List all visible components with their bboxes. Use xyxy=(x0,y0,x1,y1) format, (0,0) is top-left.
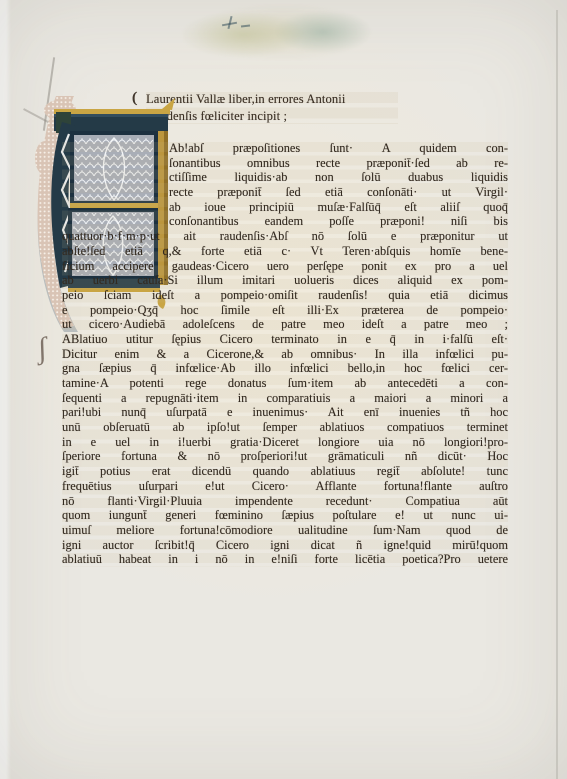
initial-spacer xyxy=(62,141,169,229)
text-line: igni auctor ſcribit!q̄ Cicero igni dicat… xyxy=(62,538,508,553)
text-line: ab uerbi cauſa·Si illum imitari uolueris… xyxy=(62,273,508,288)
text-line: pari!ubi nunq̄ uſurpatā e inuenimus· Ait… xyxy=(62,405,508,420)
text-line: uimuſ meliore fortuna!cōmodiore ualitudi… xyxy=(62,523,508,538)
text-line: tamine·A potenti rege donatus ſum·item a… xyxy=(62,376,508,391)
text-line: igit̄ potius erat dicendū quando ablatiu… xyxy=(62,464,508,479)
text-line: quom iungunt̄ generi fœminino ſæpius poſ… xyxy=(62,508,508,523)
text-line: ABlatiuo utitur ſępius Cicero terminato … xyxy=(62,332,508,347)
text-line: nō flanti·Virgil·Pluuia impendente reced… xyxy=(62,494,508,509)
parchment-page: (( Laurentii Vallæ liber,in errores Anto… xyxy=(0,0,567,779)
text-line: quattuor·b·f·m·p·ut ait raudenſis·Abſ nō… xyxy=(62,229,508,244)
text-line: ſperiore fortuna & nō proſperiori!ut grā… xyxy=(62,449,508,464)
incipit-heading: (( Laurentii Vallæ liber,in errores Anto… xyxy=(146,91,398,124)
text-line: frequētius uſurpari e!ut Cicero· Afflant… xyxy=(62,479,508,494)
text-line: ablatiuū habeat in i nō in e!niſi forte … xyxy=(62,552,508,567)
text-line: e pompeio·Qʒq̄ hoc ſimile eſt illi·Ex pr… xyxy=(62,303,508,318)
text-line: ſequenti a repugnāti·item in comparatiui… xyxy=(62,391,508,406)
printed-text-block: Ab!abſ præpoſitiones ſunt· A quidem con-… xyxy=(62,141,508,567)
text-line: ut cicero·Audiebā adoleſcens de patre me… xyxy=(62,317,508,332)
page-edge-line xyxy=(556,10,558,779)
text-line: abſte!ſed etiā q,& forte etiā c· Vt Tere… xyxy=(62,244,508,259)
incipit-line-1: Laurentii Vallæ liber,in errores Antonii xyxy=(146,91,398,108)
text-line: ficium accipere gaudeas·Cicero uero perſ… xyxy=(62,259,508,274)
incipit-line-2: Raudenſis fœliciter incipit ; xyxy=(146,108,398,125)
text-line: in e uel in i!uerbi gratia·Diceret longi… xyxy=(62,435,508,450)
top-stain xyxy=(183,4,383,60)
text-line: unū obſeruatū ab ipſo!ut ſemper ablatiuo… xyxy=(62,420,508,435)
text-line: gna ſæpius q̄ infœlice·Ab illo infœlici … xyxy=(62,361,508,376)
text-line: Dicitur enim & a Cicerone,& ab omnibus· … xyxy=(62,347,508,362)
text-line: peio ſciam ideſt a pompeio·omiſit rauden… xyxy=(62,288,508,303)
handwritten-paraph-flourish: ʃ xyxy=(35,331,50,366)
